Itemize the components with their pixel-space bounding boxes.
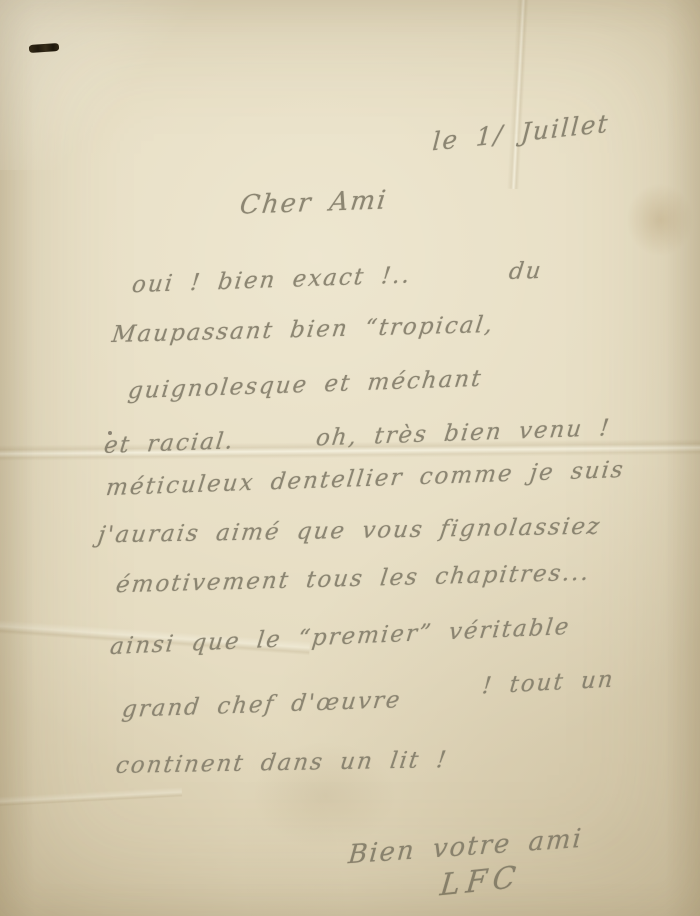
crease-bottom-edge bbox=[0, 787, 182, 807]
body-line: émotivement tous les chapitres... bbox=[114, 560, 592, 599]
handwritten-letter-page: le 1/ Juillet Cher Ami oui ! bien exact … bbox=[0, 0, 700, 916]
stain-top-right bbox=[612, 168, 700, 272]
letter-signature: LFC bbox=[438, 859, 523, 903]
paper-corner-highlight bbox=[0, 0, 230, 170]
body-line: ainsi que le “premier” véritable bbox=[109, 614, 572, 660]
body-line: ! tout un bbox=[481, 666, 616, 699]
crease-vertical-top bbox=[507, 0, 529, 189]
body-line: j'aurais aimé que vous fignolassiez bbox=[96, 514, 603, 549]
body-line: Maupassant bien “tropical, bbox=[110, 312, 496, 348]
body-line: guignolesque et méchant bbox=[127, 366, 485, 405]
body-line: oui ! bien exact !.. du bbox=[131, 258, 545, 298]
body-line: méticuleux dentellier comme je suis bbox=[105, 457, 627, 501]
letter-salutation: Cher Ami bbox=[238, 185, 389, 220]
